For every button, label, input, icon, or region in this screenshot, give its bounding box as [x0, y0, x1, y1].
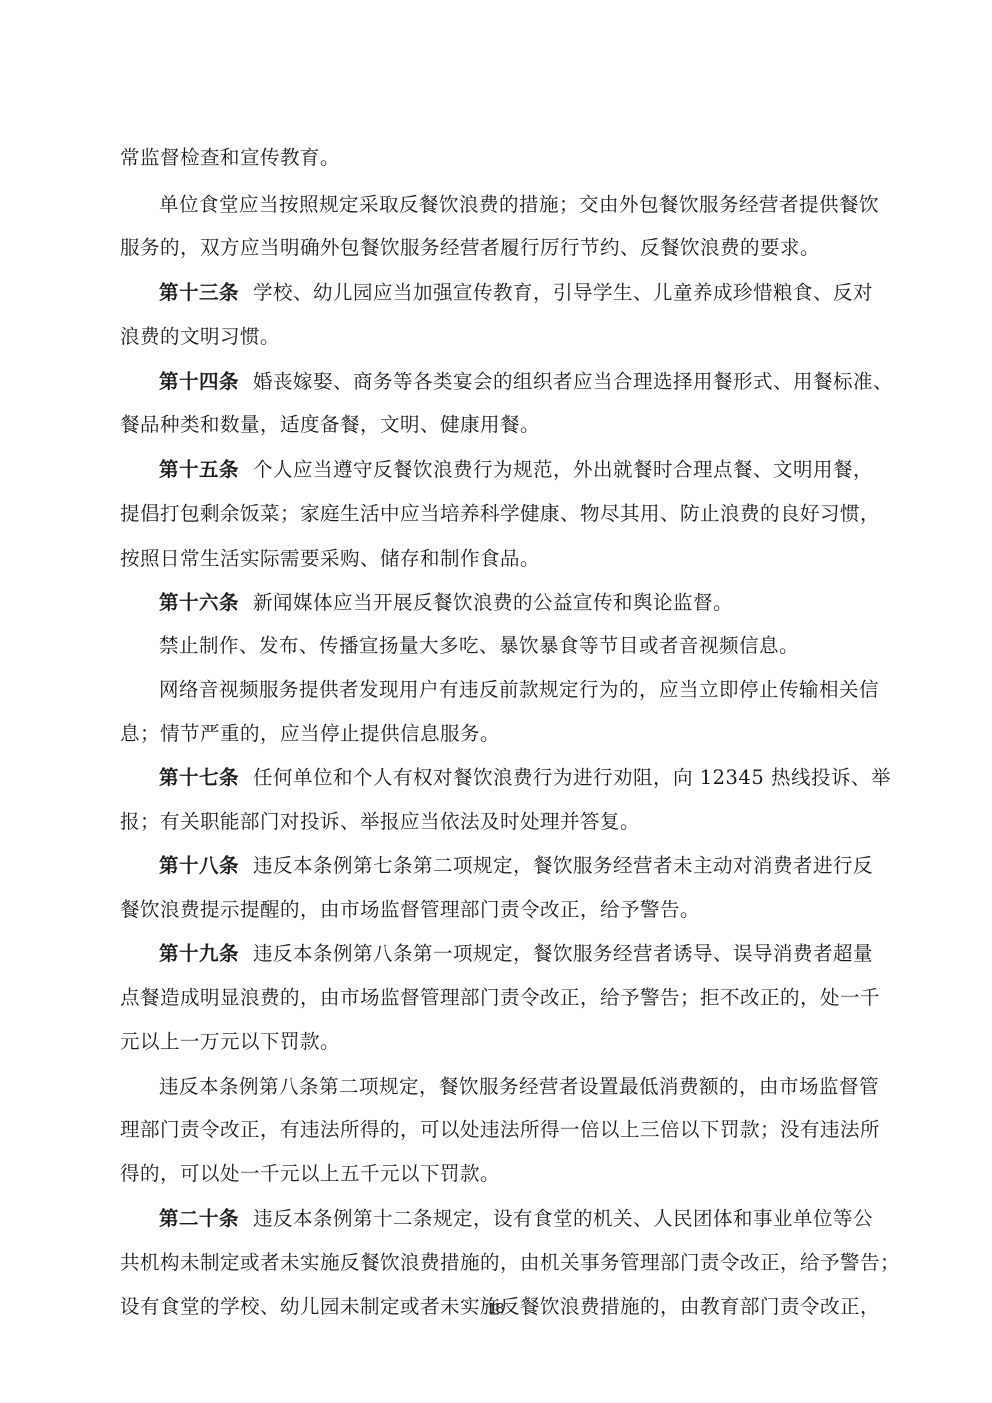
line-text: 违反本条例第十二条规定，设有食堂的机关、人民团体和事业单位等公 [253, 1207, 873, 1230]
line-text: 常监督检查和宣传教育。 [120, 146, 340, 169]
text-line: 理部门责令改正，有违法所得的，可以处违法所得一倍以上三倍以下罚款；没有违法所 [120, 1118, 872, 1142]
text-line: 单位食堂应当按照规定采取反餐饮浪费的措施；交由外包餐饮服务经营者提供餐饮 [159, 193, 872, 217]
line-text: 违反本条例第八条第一项规定，餐饮服务经营者诱导、误导消费者超量 [253, 942, 873, 965]
page-number: 18 [0, 1302, 992, 1317]
line-text: 息；情节严重的，应当停止提供信息服务。 [120, 722, 500, 745]
line-text: 网络音视频服务提供者发现用户有违反前款规定行为的，应当立即停止传输相关信 [159, 678, 879, 701]
article-heading: 第十四条 [159, 370, 239, 393]
line-text: 新闻媒体应当开展反餐饮浪费的公益宣传和舆论监督。 [253, 591, 733, 614]
text-line: 按照日常生活实际需要采购、储存和制作食品。 [120, 547, 872, 571]
text-line: 违反本条例第八条第二项规定，餐饮服务经营者设置最低消费额的，由市场监督管 [159, 1075, 872, 1099]
line-text: 按照日常生活实际需要采购、储存和制作食品。 [120, 547, 540, 570]
text-line: 常监督检查和宣传教育。 [120, 146, 872, 170]
line-text: 点餐造成明显浪费的，由市场监督管理部门责令改正，给予警告；拒不改正的，处一千 [120, 986, 880, 1009]
text-line: 得的，可以处一千元以上五千元以下罚款。 [120, 1162, 872, 1186]
line-text: 学校、幼儿园应当加强宣传教育，引导学生、儿童养成珍惜粮食、反对 [253, 281, 873, 304]
line-text: 餐饮浪费提示提醒的，由市场监督管理部门责令改正，给予警告。 [120, 898, 700, 921]
line-text: 提倡打包剩余饭菜；家庭生活中应当培养科学健康、物尽其用、防止浪费的良好习惯， [120, 502, 880, 525]
text-line: 服务的，双方应当明确外包餐饮服务经营者履行厉行节约、反餐饮浪费的要求。 [120, 236, 872, 260]
text-line: 报；有关职能部门对投诉、举报应当依法及时处理并答复。 [120, 810, 872, 834]
text-line: 元以上一万元以下罚款。 [120, 1030, 872, 1054]
line-text: 报；有关职能部门对投诉、举报应当依法及时处理并答复。 [120, 810, 640, 833]
article-heading: 第十八条 [159, 854, 239, 877]
line-text: 共机构未制定或者未实施反餐饮浪费措施的，由机关事务管理部门责令改正，给予警告； [120, 1251, 900, 1274]
line-text: 个人应当遵守反餐饮浪费行为规范，外出就餐时合理点餐、文明用餐， [253, 458, 873, 481]
line-text: 理部门责令改正，有违法所得的，可以处违法所得一倍以上三倍以下罚款；没有违法所 [120, 1118, 880, 1141]
line-text: 违反本条例第八条第二项规定，餐饮服务经营者设置最低消费额的，由市场监督管 [159, 1075, 879, 1098]
article-heading: 第十六条 [159, 591, 239, 614]
line-text: 禁止制作、发布、传播宣扬量大多吃、暴饮暴食等节目或者音视频信息。 [159, 634, 799, 657]
article-heading: 第十七条 [159, 766, 239, 789]
article-line: 第十七条任何单位和个人有权对餐饮浪费行为进行劝阻，向 12345 热线投诉、举 [159, 766, 872, 790]
line-text: 任何单位和个人有权对餐饮浪费行为进行劝阻，向 12345 热线投诉、举 [253, 766, 891, 789]
text-line: 提倡打包剩余饭菜；家庭生活中应当培养科学健康、物尽其用、防止浪费的良好习惯， [120, 502, 872, 526]
article-line: 第十四条婚丧嫁娶、商务等各类宴会的组织者应当合理选择用餐形式、用餐标准、 [159, 370, 872, 394]
line-text: 得的，可以处一千元以上五千元以下罚款。 [120, 1162, 500, 1185]
text-line: 浪费的文明习惯。 [120, 325, 872, 349]
text-line: 共机构未制定或者未实施反餐饮浪费措施的，由机关事务管理部门责令改正，给予警告； [120, 1251, 872, 1275]
article-line: 第十三条学校、幼儿园应当加强宣传教育，引导学生、儿童养成珍惜粮食、反对 [159, 281, 872, 305]
article-line: 第十九条违反本条例第八条第一项规定，餐饮服务经营者诱导、误导消费者超量 [159, 942, 872, 966]
text-line: 餐品种类和数量，适度备餐，文明、健康用餐。 [120, 413, 872, 437]
line-text: 元以上一万元以下罚款。 [120, 1030, 340, 1053]
text-line: 网络音视频服务提供者发现用户有违反前款规定行为的，应当立即停止传输相关信 [159, 678, 872, 702]
line-text: 婚丧嫁娶、商务等各类宴会的组织者应当合理选择用餐形式、用餐标准、 [253, 370, 893, 393]
text-line: 禁止制作、发布、传播宣扬量大多吃、暴饮暴食等节目或者音视频信息。 [159, 634, 872, 658]
text-line: 息；情节严重的，应当停止提供信息服务。 [120, 722, 872, 746]
line-text: 违反本条例第七条第二项规定，餐饮服务经营者未主动对消费者进行反 [253, 854, 873, 877]
text-line: 餐饮浪费提示提醒的，由市场监督管理部门责令改正，给予警告。 [120, 898, 872, 922]
article-line: 第二十条违反本条例第十二条规定，设有食堂的机关、人民团体和事业单位等公 [159, 1207, 872, 1231]
article-line: 第十五条个人应当遵守反餐饮浪费行为规范，外出就餐时合理点餐、文明用餐， [159, 458, 872, 482]
document-page: 常监督检查和宣传教育。单位食堂应当按照规定采取反餐饮浪费的措施；交由外包餐饮服务… [0, 0, 992, 1403]
text-line: 点餐造成明显浪费的，由市场监督管理部门责令改正，给予警告；拒不改正的，处一千 [120, 986, 872, 1010]
article-heading: 第十五条 [159, 458, 239, 481]
article-line: 第十八条违反本条例第七条第二项规定，餐饮服务经营者未主动对消费者进行反 [159, 854, 872, 878]
article-line: 第十六条新闻媒体应当开展反餐饮浪费的公益宣传和舆论监督。 [159, 591, 872, 615]
line-text: 单位食堂应当按照规定采取反餐饮浪费的措施；交由外包餐饮服务经营者提供餐饮 [159, 193, 879, 216]
line-text: 浪费的文明习惯。 [120, 325, 280, 348]
line-text: 服务的，双方应当明确外包餐饮服务经营者履行厉行节约、反餐饮浪费的要求。 [120, 236, 820, 259]
article-heading: 第二十条 [159, 1207, 239, 1230]
article-heading: 第十三条 [159, 281, 239, 304]
article-heading: 第十九条 [159, 942, 239, 965]
line-text: 餐品种类和数量，适度备餐，文明、健康用餐。 [120, 413, 540, 436]
